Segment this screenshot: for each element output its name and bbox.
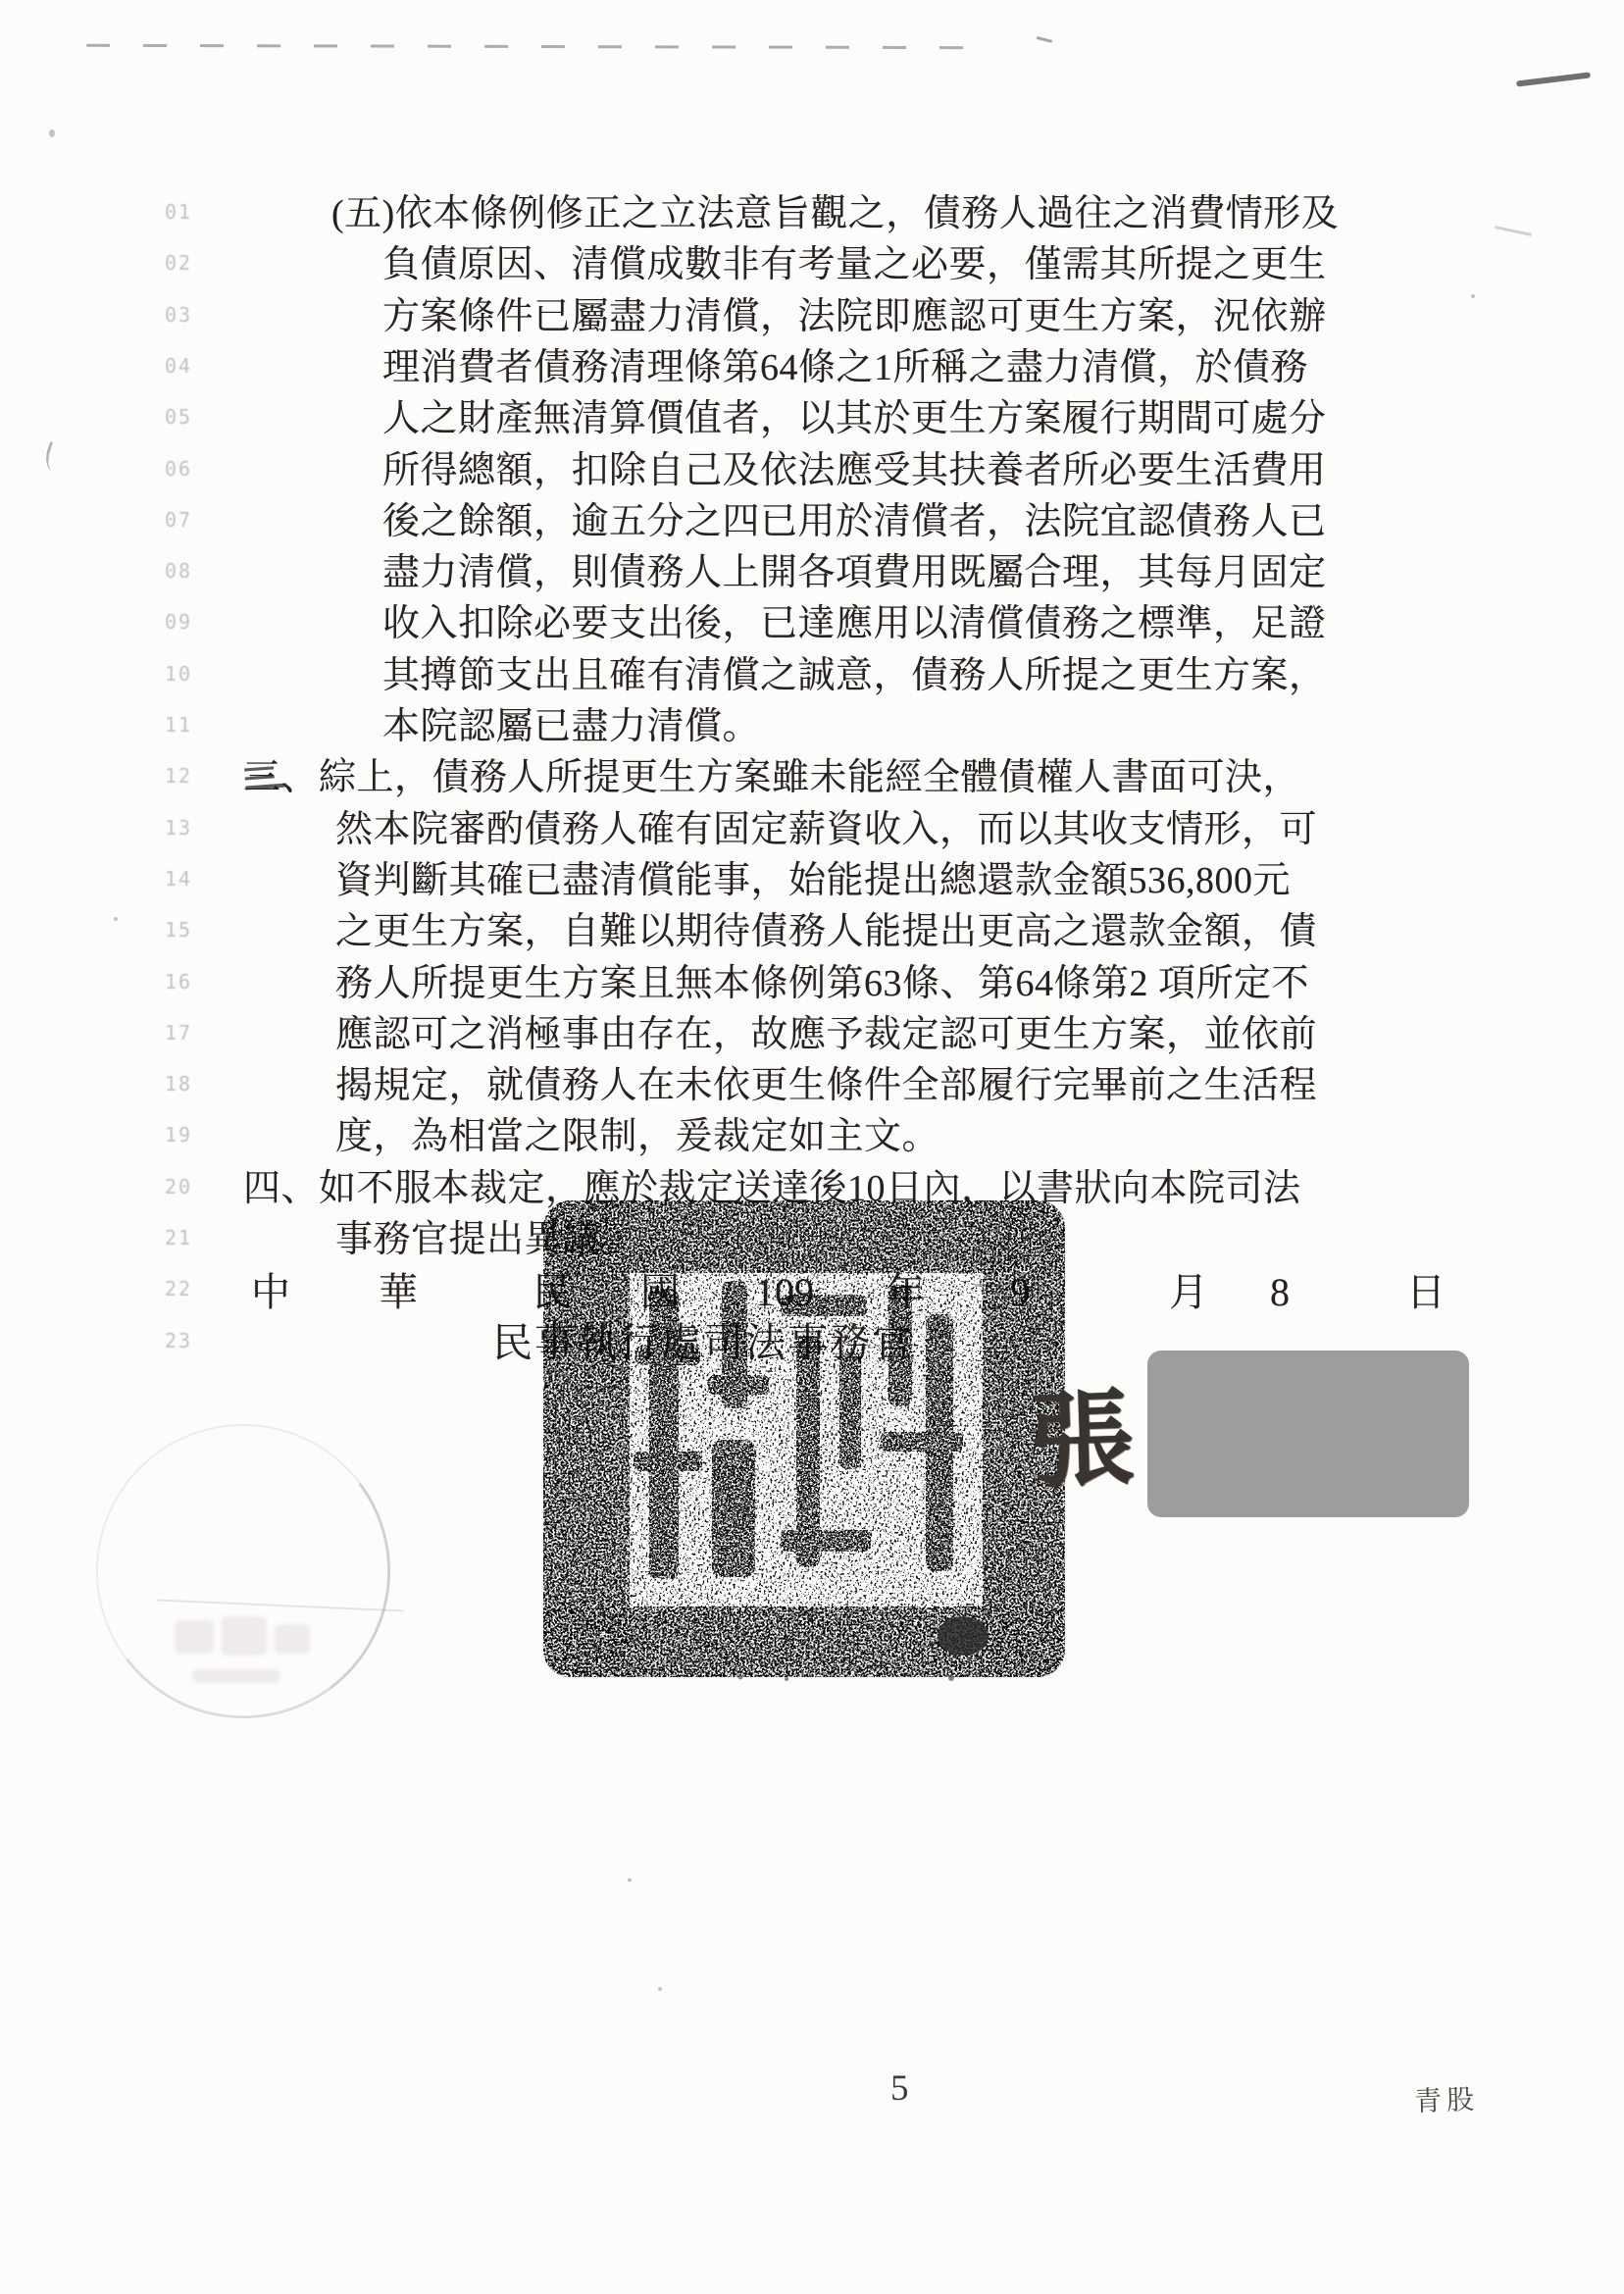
faint-round-stamp-blob xyxy=(222,1616,267,1656)
text-line-01: (五)依本條例修正之立法意旨觀之，債務人過往之消費情形及 xyxy=(331,188,1339,240)
margin-line-number: 10 xyxy=(165,662,210,686)
text-line-09: 收入扣除必要支出後，已達應用以清償債務之標準，足證 xyxy=(382,598,1327,650)
margin-line-number: 23 xyxy=(165,1329,210,1352)
margin-line-number: 03 xyxy=(165,303,210,327)
scan-artifact-top-dashed-line xyxy=(86,44,992,49)
margin-line-number: 04 xyxy=(165,354,210,378)
scan-artifact-left-curve xyxy=(41,441,66,473)
paper-speck xyxy=(1471,294,1475,298)
margin-line-number: 20 xyxy=(165,1175,210,1198)
text-line-17: 應認可之消極事由存在，故應予裁定認可更生方案，並依前 xyxy=(335,1009,1317,1061)
text-line-12: 三、綜上，債務人所提更生方案雖未能經全體債權人書面可決， xyxy=(243,752,1300,804)
scanned-court-ruling-page: 0102030405060708091011121314151617181920… xyxy=(0,0,1624,2294)
page-number: 5 xyxy=(890,2067,909,2110)
scan-artifact-left-dot xyxy=(49,129,55,137)
scan-artifact-right-dash xyxy=(1495,226,1532,236)
date-token: 8 xyxy=(1270,1266,1290,1318)
date-token: 日 xyxy=(1406,1266,1446,1318)
court-seal-stamp-icon xyxy=(539,1198,1071,1681)
faint-round-stamp-blob xyxy=(275,1624,310,1654)
text-line-07: 後之餘額，逾五分之四已用於清償者，法院宜認債務人已 xyxy=(382,496,1327,548)
date-token: 華 xyxy=(379,1266,418,1318)
scan-artifact-top-center-mark xyxy=(1037,27,1054,43)
paper-speck xyxy=(658,1987,662,1991)
text-line-18: 揭規定，就債務人在未依更生條件全部履行完畢前之生活程 xyxy=(335,1060,1317,1112)
text-line-13: 然本院審酌債務人確有固定薪資收入，而以其收支情形，可 xyxy=(335,804,1317,856)
margin-line-number: 19 xyxy=(165,1123,210,1147)
margin-line-number: 13 xyxy=(165,816,210,840)
text-line-03: 方案條件已屬盡力清償，法院即應認可更生方案，況依辦 xyxy=(382,291,1327,343)
margin-line-number: 17 xyxy=(165,1021,210,1045)
text-line-19: 度，為相當之限制，爰裁定如主文。 xyxy=(335,1111,939,1163)
text-line-15: 之更生方案，自難以期待債務人能提出更高之還款金額，債 xyxy=(335,906,1317,958)
margin-line-number: 02 xyxy=(165,251,210,275)
paper-speck xyxy=(114,917,118,921)
text-line-14: 資判斷其確已盡清償能事，始能提出總還款金額536,800元 xyxy=(335,855,1291,907)
margin-line-number: 14 xyxy=(165,867,210,891)
margin-line-number: 16 xyxy=(165,970,210,994)
faint-round-stamp-blob xyxy=(175,1620,214,1654)
margin-line-number: 12 xyxy=(165,764,210,788)
signature-zhang: 張 xyxy=(1027,1355,1136,1508)
margin-line-number: 06 xyxy=(165,457,210,481)
date-token: 中 xyxy=(251,1266,290,1318)
scan-artifact-top-right-dash xyxy=(1516,72,1591,86)
text-line-11: 本院認屬已盡力清償。 xyxy=(382,701,760,753)
text-line-06: 所得總額，扣除自己及依法應受其扶養者所必要生活費用 xyxy=(382,445,1327,497)
margin-line-number: 15 xyxy=(165,918,210,942)
text-line-16: 務人所提更生方案且無本條例第63條、第64條第2 項所定不 xyxy=(335,958,1309,1010)
margin-line-number: 21 xyxy=(165,1226,210,1249)
section-label: 青股 xyxy=(1413,2078,1479,2119)
text-line-08: 盡力清償，則債務人上開各項費用既屬合理，其每月固定 xyxy=(382,547,1327,599)
text-line-04: 理消費者債務清理條第64條之1所稱之盡力清償，於債務 xyxy=(382,342,1308,394)
margin-line-number: 09 xyxy=(165,610,210,634)
margin-line-number: 01 xyxy=(165,200,210,224)
margin-line-number: 05 xyxy=(165,405,210,429)
margin-line-number: 07 xyxy=(165,508,210,532)
text-line-05: 人之財產無清算價值者，以其於更生方案履行期間可處分 xyxy=(382,393,1327,445)
text-line-10: 其撙節支出且確有清償之誠意，債務人所提之更生方案， xyxy=(382,650,1327,702)
margin-line-number: 08 xyxy=(165,559,210,583)
faint-round-stamp-blob xyxy=(192,1669,280,1683)
paper-speck xyxy=(628,1878,632,1882)
date-token: 月 xyxy=(1169,1266,1208,1318)
redaction-box xyxy=(1147,1351,1469,1517)
margin-line-number: 11 xyxy=(165,713,210,737)
margin-line-number: 18 xyxy=(165,1072,210,1096)
text-line-02: 負債原因、清償成數非有考量之必要，僅需其所提之更生 xyxy=(382,239,1327,291)
